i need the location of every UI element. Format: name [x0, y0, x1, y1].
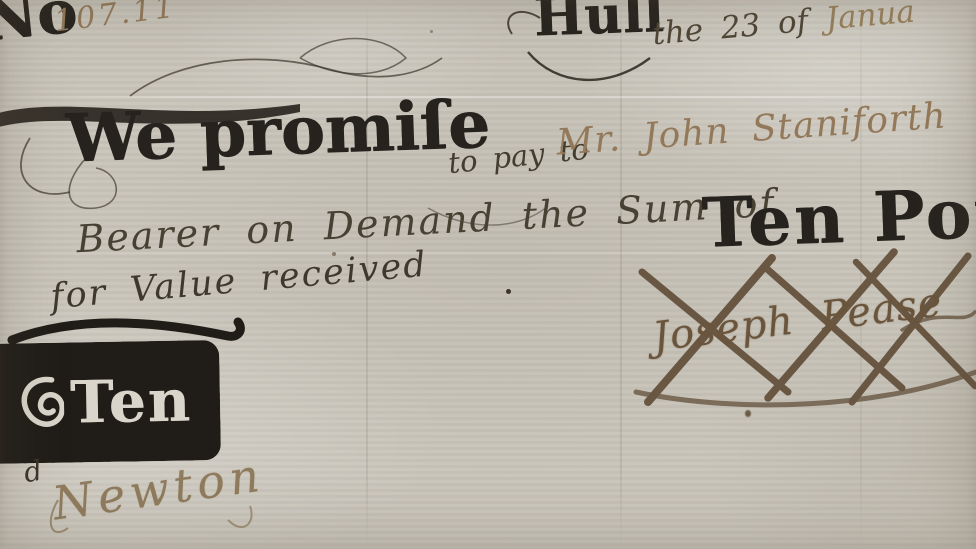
date-script-dark: the 23 of — [651, 3, 810, 52]
hull-swash — [528, 52, 650, 80]
serial-number-value: 107.11 — [53, 0, 179, 37]
payee-name: Mr. John Staniforth — [555, 98, 948, 161]
footer-signature: Newton — [50, 451, 267, 526]
spiral-ornament — [12, 368, 65, 439]
vertical-crease — [620, 0, 622, 549]
denomination-text: Ten — [70, 366, 193, 436]
denomination-swash — [12, 322, 240, 340]
banknote-photo: No 107.11 Hull the 23 of Janua We promiſ… — [0, 0, 976, 549]
ink-speck — [745, 410, 751, 417]
amount-printed-text: Ten Pou — [701, 178, 976, 257]
date-script-faded: Janua — [824, 0, 916, 37]
denomination-block: Ten — [0, 340, 221, 464]
ink-speck — [430, 30, 433, 33]
cancelled-signature: Joseph Pease — [651, 282, 945, 357]
promise-printed-text: We promiſe — [65, 91, 491, 172]
date-script: the 23 of Janua — [651, 0, 916, 50]
ink-speck — [506, 289, 511, 294]
vertical-crease — [860, 0, 862, 549]
place-name: Hull — [533, 0, 665, 44]
